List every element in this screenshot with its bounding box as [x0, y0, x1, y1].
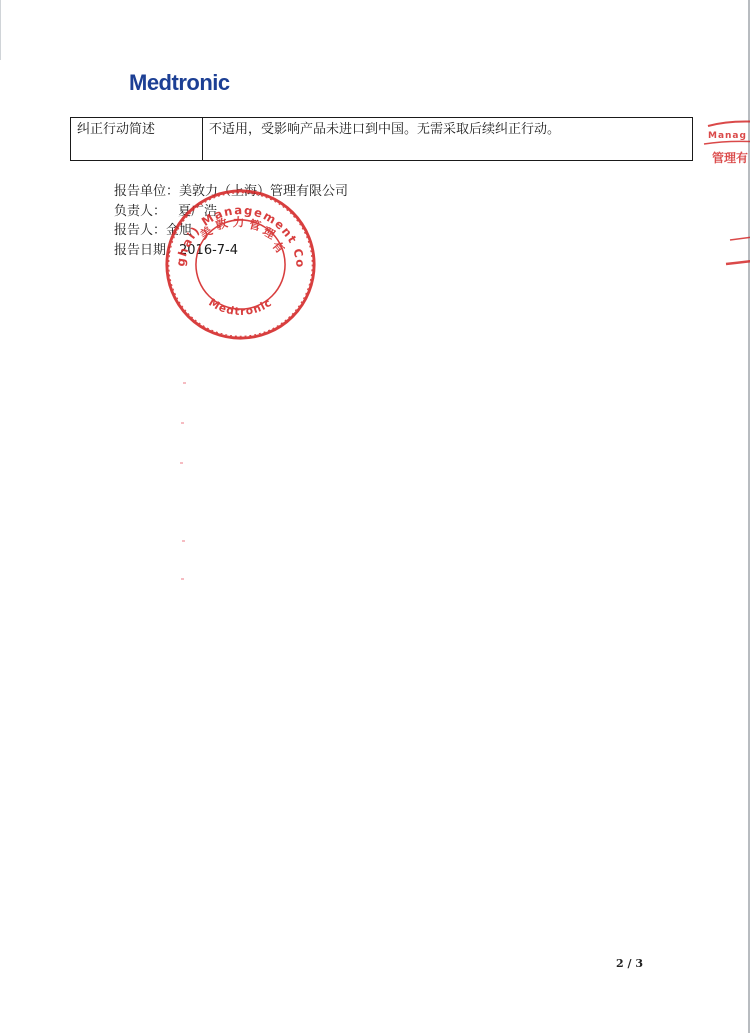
svg-text:Manag: Manag	[708, 131, 747, 141]
report-info: 报告单位：美敦力（上海）管理有限公司 负责人：夏广浩 报告人：金旭 报告日期：2…	[114, 182, 348, 260]
page-number: 2 / 3	[616, 957, 643, 970]
corrective-action-value: 不适用，受影响产品未进口到中国。无需采取后续纠正行动。	[203, 118, 693, 161]
scan-speck	[181, 578, 184, 580]
svg-text:管理有: 管理有	[712, 150, 748, 165]
scan-speck	[183, 382, 186, 384]
report-date-value: 2016-7-4	[179, 241, 238, 261]
report-unit-label: 报告单位：	[114, 182, 179, 202]
report-unit-row: 报告单位：美敦力（上海）管理有限公司	[114, 182, 348, 202]
svg-text:Medtronic: Medtronic	[206, 296, 274, 318]
report-date-row: 报告日期：2016-7-4	[114, 241, 348, 261]
scan-speck	[182, 540, 185, 542]
reporter-value: 金旭	[166, 221, 192, 241]
scan-speck	[180, 462, 183, 464]
scan-edge-left	[0, 0, 1, 60]
corrective-action-table: 纠正行动简述 不适用，受影响产品未进口到中国。无需采取后续纠正行动。	[70, 117, 693, 161]
report-unit-value: 美敦力（上海）管理有限公司	[179, 182, 348, 202]
reporter-row: 报告人：金旭	[114, 221, 348, 241]
medtronic-logo: Medtronic	[129, 70, 230, 96]
partial-seal-icon: Manag 管理有	[700, 112, 750, 272]
table-row: 纠正行动简述 不适用，受影响产品未进口到中国。无需采取后续纠正行动。	[71, 118, 693, 161]
corrective-action-label: 纠正行动简述	[71, 118, 203, 161]
responsible-row: 负责人：夏广浩	[114, 202, 348, 222]
report-date-label: 报告日期：	[114, 241, 179, 261]
responsible-value: 夏广浩	[178, 202, 217, 222]
reporter-label: 报告人：	[114, 221, 166, 241]
scan-speck	[181, 422, 184, 424]
responsible-label: 负责人：	[114, 202, 166, 222]
